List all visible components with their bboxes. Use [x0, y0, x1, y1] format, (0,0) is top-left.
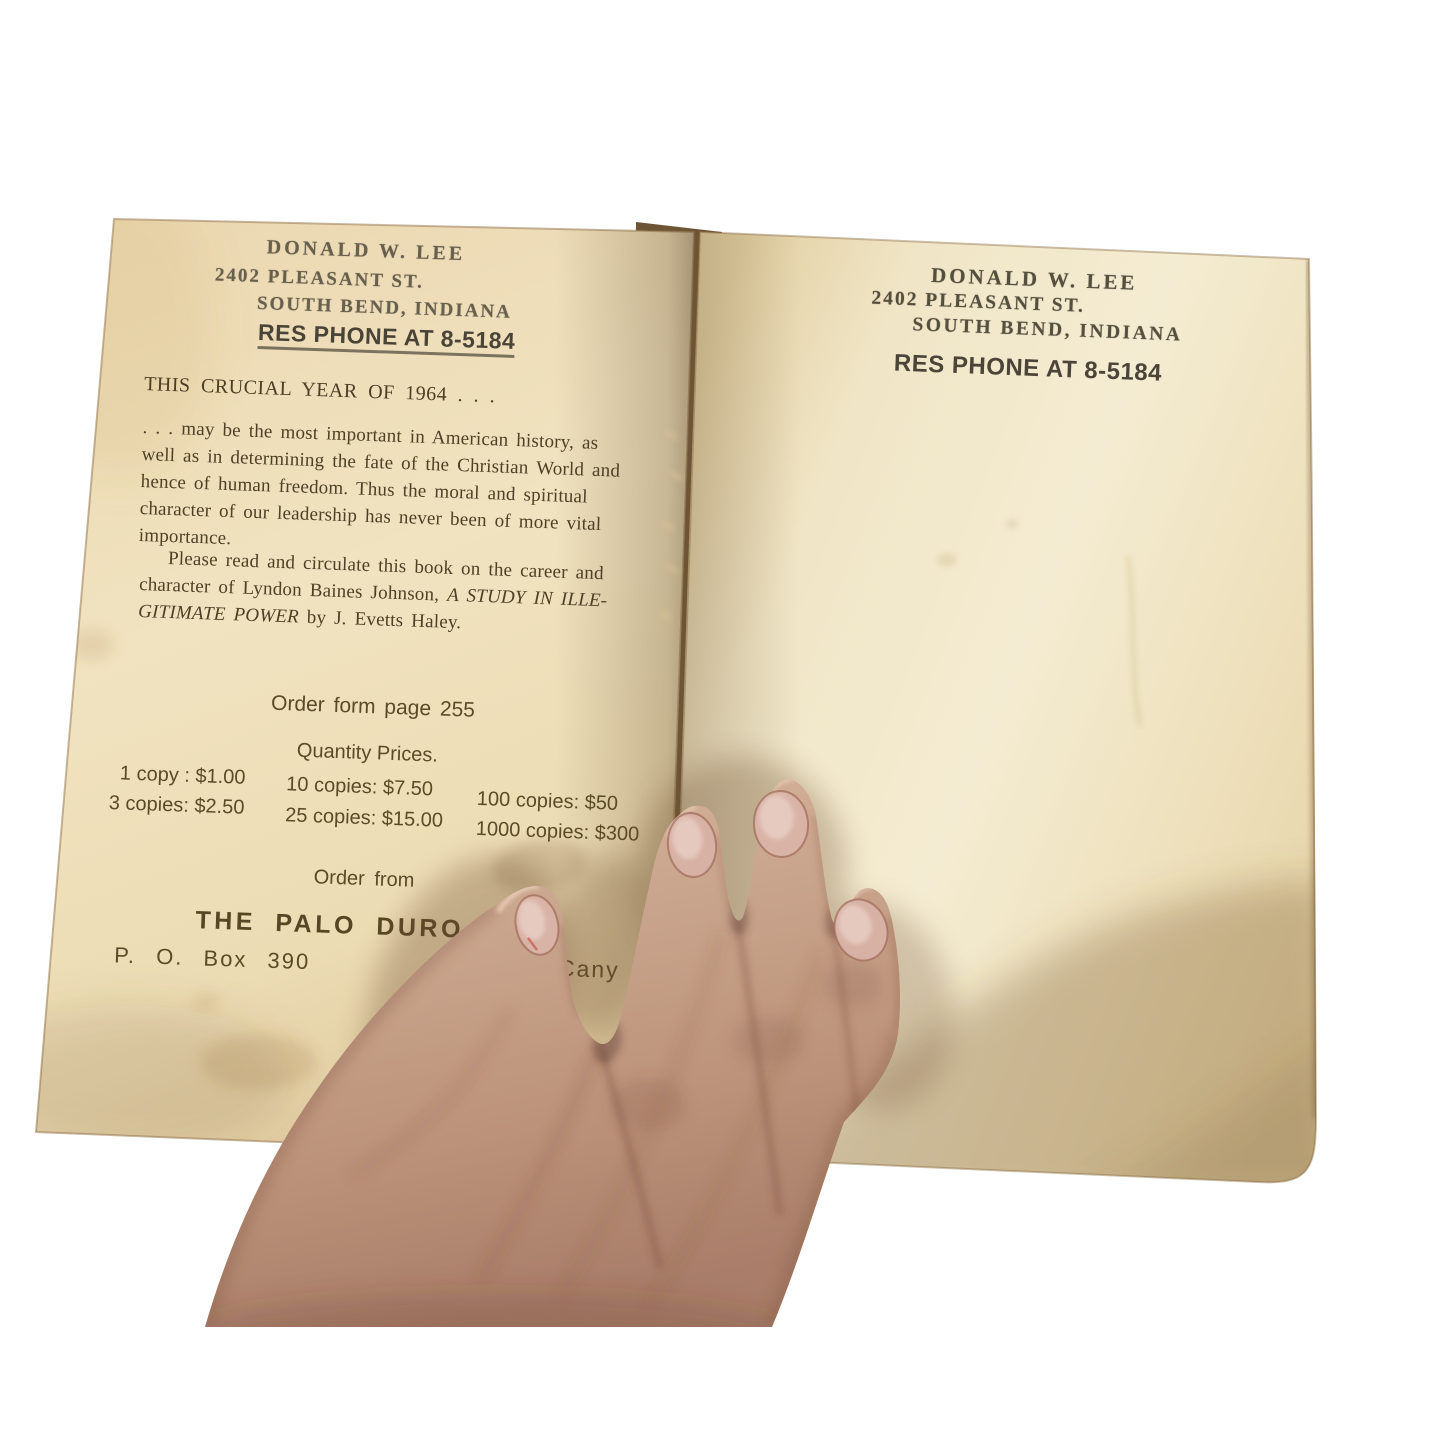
hand-layer — [0, 0, 1445, 1445]
photo-open-book: DONALD W. LEE 2402 PLEASANT ST. SOUTH BE… — [0, 0, 1445, 1445]
